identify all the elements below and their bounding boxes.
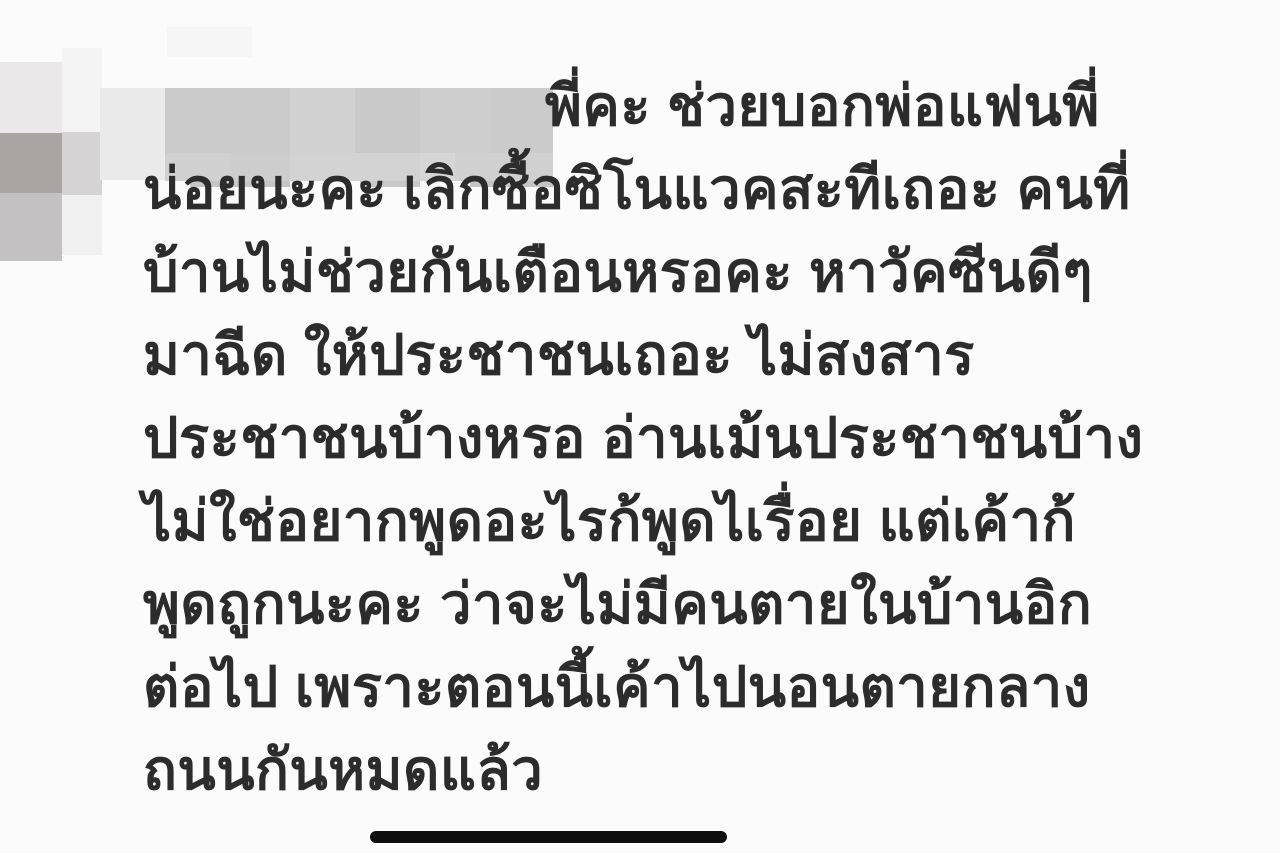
censor-pixel-block [62, 195, 102, 255]
text-line: ไม่ใช่อยากพูดอะไรก้พูดไเรื่อย แต่เค้าก้ [143, 479, 1263, 562]
text-line: พูดถูกนะคะ ว่าจะไม่มีคนตายในบ้านอิก [143, 562, 1263, 645]
censor-pixel-block [0, 193, 62, 261]
text-line: ต่อไป เพราะตอนนี้เค้าไปนอนตายกลาง [143, 645, 1263, 728]
text-line: ถนนกันหมดแล้ว [143, 728, 1263, 811]
censor-pixel-block [167, 27, 252, 57]
text-line: น่อยนะคะ เลิกซื้อซิโนแวคสะทีเถอะ คนที่ [143, 147, 1263, 230]
censor-pixel-block [62, 132, 102, 195]
censor-pixel-block [0, 62, 62, 133]
text-line: มาฉีด ให้ประชาชนเถอะ ไม่สงสาร [143, 313, 1263, 396]
home-indicator-bar [370, 831, 727, 843]
text-line: บ้านไม่ช่วยกันเตือนหรอคะ หาวัคซีนดีๆ [143, 230, 1263, 313]
text-line: ประชาชนบ้างหรอ อ่านเม้นประชาชนบ้าง [143, 396, 1263, 479]
text-line: พี่คะ ช่วยบอกพ่อแฟนพี่ [143, 64, 1263, 147]
censor-pixel-block [0, 133, 62, 193]
censor-pixel-block [62, 48, 102, 132]
comment-text: พี่คะ ช่วยบอกพ่อแฟนพี่น่อยนะคะ เลิกซื้อซ… [143, 64, 1263, 811]
